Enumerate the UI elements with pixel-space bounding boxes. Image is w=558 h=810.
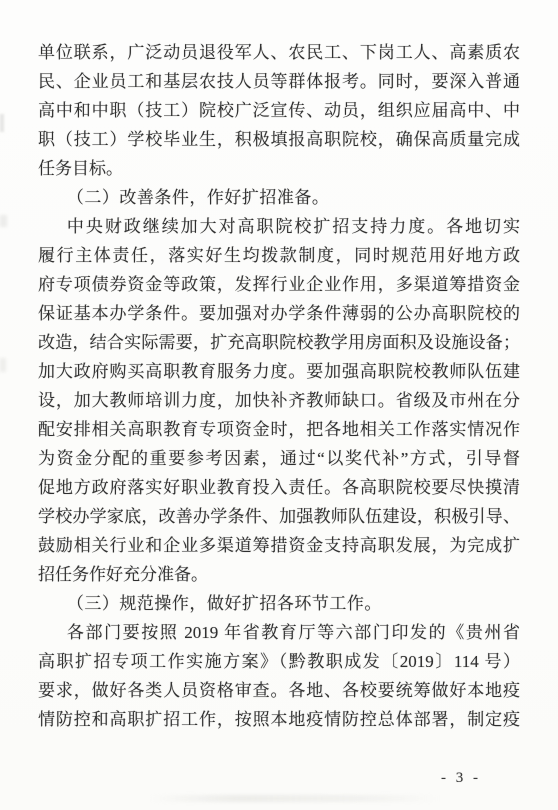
text-line: 加大政府购买高职教育服务力度。要加强高职院校教师队伍建	[38, 357, 520, 386]
text-line: 促地方政府落实好职业教育投入责任。各高职院校要尽快摸清	[38, 473, 520, 502]
text-line: 职（技工）学校毕业生，积极填报高职院校，确保高质量完成	[38, 125, 520, 154]
section-heading: （三）规范操作，做好扩招各环节工作。	[38, 589, 520, 618]
page-number: - 3 -	[441, 770, 501, 787]
text-line: 保证基本办学条件。要加强对办学条件薄弱的公办高职院校的	[38, 299, 520, 328]
text-line: 履行主体责任，落实好生均拨款制度，同时规范用好地方政	[38, 241, 520, 270]
text-line: 鼓励相关行业和企业多渠道筹措资金支持高职发展，为完成扩	[38, 531, 520, 560]
text-line: 学校办学家底，改善办学条件、加强教师队伍建设，积极引导、	[38, 502, 520, 531]
text-line: 中央财政继续加大对高职院校扩招支持力度。各地切实	[38, 212, 520, 241]
scan-smudge-left-1	[0, 114, 4, 132]
text-line: 配安排相关高职教育专项资金时，把各地相关工作落实情况作	[38, 415, 520, 444]
text-line: 各部门要按照 2019 年省教育厅等六部门印发的《贵州省	[38, 618, 520, 647]
text-line: 高职扩招专项工作实施方案》（黔教职成发〔2019〕114 号）	[38, 647, 520, 676]
text-line: 民、企业员工和基层农技人员等群体报考。同时，要深入普通	[38, 67, 520, 96]
scan-smudge-left-2	[0, 215, 7, 227]
text-line: 设，加大教师培训力度，加快补齐教师缺口。省级及市州在分	[38, 386, 520, 415]
scanned-document-page: 单位联系，广泛动员退役军人、农民工、下岗工人、高素质农民、企业员工和基层农技人员…	[0, 0, 558, 810]
text-line: 情防控和高职扩招工作，按照本地疫情防控总体部署，制定疫	[38, 705, 520, 734]
text-line: 单位联系，广泛动员退役军人、农民工、下岗工人、高素质农	[38, 38, 520, 67]
text-line: 要求，做好各类人员资格审查。各地、各校要统筹做好本地疫	[38, 676, 520, 705]
document-lines: 单位联系，广泛动员退役军人、农民工、下岗工人、高素质农民、企业员工和基层农技人员…	[38, 38, 520, 734]
scan-smudge-bottom	[150, 795, 440, 802]
text-line: 府专项债券资金等政策，发挥行业企业作用，多渠道筹措资金	[38, 270, 520, 299]
text-line: 招任务作好充分准备。	[38, 560, 520, 589]
text-line: 改造，结合实际需要，扩充高职院校教学用房面积及设施设备；	[38, 328, 520, 357]
text-line: 任务目标。	[38, 154, 520, 183]
section-heading: （二）改善条件，作好扩招准备。	[38, 183, 520, 212]
scan-smudge-left-3	[0, 358, 6, 372]
text-line: 高中和中职（技工）院校广泛宣传、动员，组织应届高中、中	[38, 96, 520, 125]
text-line: 为资金分配的重要参考因素，通过“以奖代补”方式，引导督	[38, 444, 520, 473]
